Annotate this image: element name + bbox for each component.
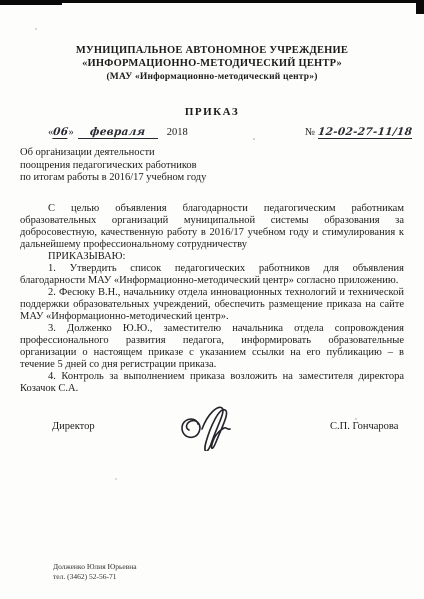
scan-artifact-corner xyxy=(416,0,424,14)
subject-line-2: поощрения педагогических работников xyxy=(20,160,270,173)
handwritten-number-slot: 12-02-27-11/18 xyxy=(318,126,412,139)
org-name-line1: МУНИЦИПАЛЬНОЕ АВТОНОМНОЕ УЧРЕЖДЕНИЕ xyxy=(0,44,424,57)
signer-name: С.П. Гончарова xyxy=(330,421,398,432)
org-name-line2: «ИНФОРМАЦИОННО-МЕТОДИЧЕСКИЙ ЦЕНТР» xyxy=(0,57,424,70)
document-title: ПРИКАЗ xyxy=(0,106,424,118)
date-number-row: «06»февраля2018 №12-02-27-11/18 xyxy=(0,126,424,142)
order-item-1: 1. Утвердить список педагогических работ… xyxy=(20,263,404,287)
subject-line-3: по итогам работы в 2016/17 учебном году xyxy=(20,172,270,185)
signer-position: Директор xyxy=(52,421,95,432)
intro-paragraph: С целью объявления благодарности педагог… xyxy=(20,203,404,251)
executor-phone: тел. (3462) 52-56-71 xyxy=(53,572,137,582)
organization-header: МУНИЦИПАЛЬНОЕ АВТОНОМНОЕ УЧРЕЖДЕНИЕ «ИНФ… xyxy=(0,44,424,84)
date-quote-close: » xyxy=(68,127,73,138)
order-item-3: 3. Долженко Ю.Ю., заместителю начальника… xyxy=(20,323,404,371)
scanned-order-document: МУНИЦИПАЛЬНОЕ АВТОНОМНОЕ УЧРЕЖДЕНИЕ «ИНФ… xyxy=(0,0,424,599)
handwritten-signature-icon xyxy=(168,403,268,451)
subject-line-1: Об организации деятельности xyxy=(20,147,270,160)
handwritten-number: 12-02-27-11/18 xyxy=(317,126,412,138)
handwritten-day: 06 xyxy=(53,126,70,139)
number-field: №12-02-27-11/18 xyxy=(305,126,412,139)
scan-artifact-top-edge xyxy=(0,0,424,3)
order-item-2: 2. Фесюку В.Н., начальнику отдела иннова… xyxy=(20,287,404,323)
executor-footer: Долженко Юлия Юрьевна тел. (3462) 52-56-… xyxy=(53,562,137,581)
date-field: «06»февраля2018 xyxy=(48,126,188,139)
number-label: № xyxy=(305,127,315,138)
order-item-4: 4. Контроль за выполнением приказа возло… xyxy=(20,371,404,395)
handwritten-month-slot: февраля xyxy=(78,126,158,139)
order-subject: Об организации деятельности поощрения пе… xyxy=(20,147,270,185)
order-body: С целью объявления благодарности педагог… xyxy=(20,203,404,395)
handwritten-month: февраля xyxy=(89,126,146,138)
org-name-short: (МАУ «Информационно-методический центр») xyxy=(0,70,424,84)
executor-name: Долженко Юлия Юрьевна xyxy=(53,562,137,572)
date-year: 2018 xyxy=(167,127,188,138)
scan-artifact-top-left xyxy=(0,0,62,5)
resolve-word: ПРИКАЗЫВАЮ: xyxy=(20,251,404,263)
